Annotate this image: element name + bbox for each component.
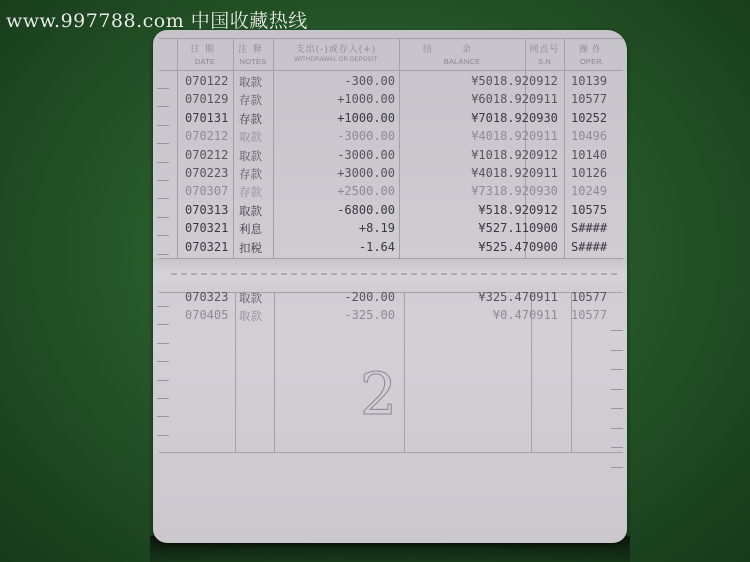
- transaction-row: 070129存款+1000.00¥6018.92091110577: [153, 90, 627, 108]
- line-tick: [157, 198, 169, 199]
- header-sn: 网点号 S.N: [525, 42, 564, 66]
- transaction-date: 070122: [185, 74, 228, 88]
- transaction-note: 取款: [239, 290, 262, 306]
- transaction-sn: 0911: [529, 129, 558, 143]
- header-date: 日期 DATE: [177, 42, 233, 66]
- transaction-balance: ¥4018.92: [471, 129, 529, 143]
- passbook-page: 日期 DATE 注释 NOTES 支出(-)或存入(+) WITHDRAWAL …: [153, 30, 627, 543]
- transaction-amount: +2500.00: [337, 184, 395, 198]
- transaction-date: 070131: [185, 111, 228, 125]
- transaction-sn: 0900: [529, 221, 558, 235]
- header-amount: 支出(-)或存入(+) WITHDRAWAL OR DEPOSIT: [273, 42, 399, 63]
- transaction-note: 取款: [239, 308, 262, 324]
- transaction-balance: ¥5018.92: [471, 74, 529, 88]
- table-top-border: [159, 38, 623, 39]
- transaction-amount: +1000.00: [337, 111, 395, 125]
- transaction-note: 存款: [239, 166, 262, 182]
- line-tick: [157, 125, 169, 126]
- transaction-note: 存款: [239, 184, 262, 200]
- line-tick: [157, 254, 169, 255]
- line-tick: [157, 217, 169, 218]
- transaction-sn: 0900: [529, 240, 558, 254]
- transaction-row: 070405取款-325.00¥0.47091110577: [153, 306, 627, 324]
- transaction-date: 070321: [185, 221, 228, 235]
- line-tick: [157, 143, 169, 144]
- transaction-note: 存款: [239, 92, 262, 108]
- line-tick: [611, 389, 623, 390]
- line-tick: [157, 416, 169, 417]
- upper-section-bottom: [159, 258, 623, 259]
- fold-perforation: [171, 273, 617, 275]
- transaction-oper: 10126: [571, 166, 607, 180]
- line-tick: [157, 380, 169, 381]
- header-oper: 操作 OPER.: [564, 42, 620, 66]
- transaction-oper: 10140: [571, 148, 607, 162]
- line-tick: [157, 106, 169, 107]
- transaction-sn: 0912: [529, 148, 558, 162]
- line-tick: [611, 330, 623, 331]
- transaction-date: 070129: [185, 92, 228, 106]
- transaction-balance: ¥325.47: [478, 290, 529, 304]
- transaction-note: 取款: [239, 74, 262, 90]
- transaction-oper: 10577: [571, 92, 607, 106]
- line-tick: [611, 428, 623, 429]
- transaction-amount: -325.00: [344, 308, 395, 322]
- line-tick: [157, 162, 169, 163]
- transaction-date: 070212: [185, 148, 228, 162]
- site-watermark: www.997788.com 中国收藏热线: [6, 6, 308, 33]
- transaction-sn: 0912: [529, 74, 558, 88]
- line-tick: [157, 361, 169, 362]
- header-notes: 注释 NOTES: [233, 42, 273, 66]
- transaction-oper: 10577: [571, 290, 607, 304]
- line-tick: [611, 369, 623, 370]
- line-tick: [611, 350, 623, 351]
- transaction-date: 070321: [185, 240, 228, 254]
- transaction-balance: ¥7318.92: [471, 184, 529, 198]
- transaction-oper: 10139: [571, 74, 607, 88]
- line-tick: [157, 235, 169, 236]
- line-tick: [611, 408, 623, 409]
- transaction-sn: 0912: [529, 203, 558, 217]
- transaction-amount: +3000.00: [337, 166, 395, 180]
- transaction-row: 070321利息+8.19¥527.110900S####: [153, 219, 627, 237]
- transaction-balance: ¥4018.92: [471, 166, 529, 180]
- transaction-balance: ¥6018.92: [471, 92, 529, 106]
- transaction-amount: +1000.00: [337, 92, 395, 106]
- transaction-date: 070323: [185, 290, 228, 304]
- line-tick: [157, 343, 169, 344]
- transaction-sn: 0911: [529, 290, 558, 304]
- transaction-oper: S####: [571, 221, 607, 235]
- transaction-row: 070321扣税-1.64¥525.470900S####: [153, 238, 627, 256]
- transaction-row: 070212取款-3000.00¥4018.92091110496: [153, 127, 627, 145]
- transaction-date: 070212: [185, 129, 228, 143]
- transaction-balance: ¥518.92: [478, 203, 529, 217]
- transaction-balance: ¥0.47: [493, 308, 529, 322]
- transaction-oper: S####: [571, 240, 607, 254]
- transaction-date: 070405: [185, 308, 228, 322]
- line-tick: [157, 398, 169, 399]
- transaction-sn: 0911: [529, 308, 558, 322]
- transaction-amount: -200.00: [344, 290, 395, 304]
- transaction-balance: ¥1018.92: [471, 148, 529, 162]
- transaction-amount: -6800.00: [337, 203, 395, 217]
- transaction-note: 取款: [239, 129, 262, 145]
- header-balance: 结余 BALANCE: [399, 42, 525, 66]
- transaction-amount: -300.00: [344, 74, 395, 88]
- transaction-balance: ¥7018.92: [471, 111, 529, 125]
- transaction-oper: 10577: [571, 308, 607, 322]
- transaction-amount: -3000.00: [337, 129, 395, 143]
- transaction-sn: 0930: [529, 184, 558, 198]
- transaction-oper: 10496: [571, 129, 607, 143]
- transaction-row: 070122取款-300.00¥5018.92091210139: [153, 72, 627, 90]
- transaction-date: 070307: [185, 184, 228, 198]
- line-tick: [157, 306, 169, 307]
- transaction-oper: 10575: [571, 203, 607, 217]
- transaction-note: 取款: [239, 148, 262, 164]
- page-fold: [153, 258, 627, 292]
- line-tick: [157, 435, 169, 436]
- transaction-amount: -3000.00: [337, 148, 395, 162]
- transaction-sn: 0911: [529, 166, 558, 180]
- transaction-row: 070313取款-6800.00¥518.92091210575: [153, 201, 627, 219]
- table-bottom-border: [159, 452, 623, 453]
- transaction-oper: 10249: [571, 184, 607, 198]
- transaction-balance: ¥525.47: [478, 240, 529, 254]
- transaction-note: 存款: [239, 111, 262, 127]
- line-tick: [611, 467, 623, 468]
- transaction-sn: 0911: [529, 92, 558, 106]
- line-tick: [611, 447, 623, 448]
- line-tick: [157, 324, 169, 325]
- transaction-balance: ¥527.11: [478, 221, 529, 235]
- line-tick: [157, 180, 169, 181]
- transaction-row: 070323取款-200.00¥325.47091110577: [153, 288, 627, 306]
- page-number: 2: [360, 360, 397, 428]
- transaction-date: 070313: [185, 203, 228, 217]
- transaction-note: 取款: [239, 203, 262, 219]
- transaction-date: 070223: [185, 166, 228, 180]
- transaction-note: 利息: [239, 221, 262, 237]
- transaction-sn: 0930: [529, 111, 558, 125]
- transaction-row: 070212取款-3000.00¥1018.92091210140: [153, 146, 627, 164]
- transaction-note: 扣税: [239, 240, 262, 256]
- transaction-oper: 10252: [571, 111, 607, 125]
- transaction-amount: +8.19: [359, 221, 395, 235]
- transaction-row: 070131存款+1000.00¥7018.92093010252: [153, 109, 627, 127]
- transaction-amount: -1.64: [359, 240, 395, 254]
- transaction-row: 070307存款+2500.00¥7318.92093010249: [153, 182, 627, 200]
- header-bottom-border: [159, 70, 623, 71]
- transaction-row: 070223存款+3000.00¥4018.92091110126: [153, 164, 627, 182]
- line-tick: [157, 88, 169, 89]
